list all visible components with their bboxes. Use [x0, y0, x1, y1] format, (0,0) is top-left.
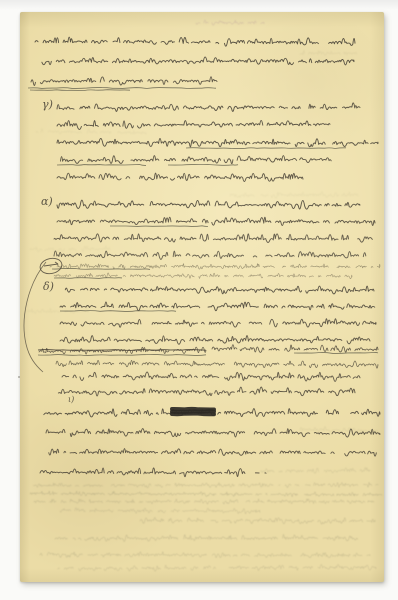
- handwriting-line: [65, 286, 374, 294]
- underline-stroke: [54, 278, 122, 279]
- handwriting-line: [30, 246, 110, 252]
- paragraph-marker: ι): [68, 395, 74, 404]
- pen-layer: γ)α)δ)ι): [0, 0, 398, 600]
- handwriting-line: [58, 387, 355, 396]
- handwriting-line: [30, 491, 382, 496]
- bleed-through-ghost-writing: [28, 20, 384, 571]
- handwriting-line: [140, 518, 375, 525]
- handwriting-line: [60, 302, 380, 311]
- handwriting-line: [212, 345, 378, 353]
- handwriting-line: [60, 319, 376, 328]
- paragraph-marker: α): [41, 195, 53, 208]
- handwriting-line: [57, 217, 375, 225]
- margin-ink-dot: [18, 376, 20, 378]
- underline-stroke: [60, 311, 176, 312]
- handwriting-line: [60, 508, 260, 514]
- underline-stroke: [28, 88, 216, 89]
- handwriting-line: [50, 264, 380, 269]
- circled-insertion-mark: [39, 256, 64, 275]
- paragraph-marker: δ): [43, 280, 54, 293]
- handwriting-line: [56, 360, 378, 368]
- handwriting-line: [261, 468, 370, 474]
- handwriting-line: [57, 120, 330, 129]
- underline-stroke: [186, 148, 346, 149]
- handwriting-line: [300, 50, 360, 55]
- handwriting-line: [57, 173, 303, 181]
- underline-stroke: [110, 226, 208, 227]
- handwriting-line: [54, 251, 379, 259]
- handwriting-line: [54, 273, 352, 279]
- insertion-arrow-mark: [44, 262, 58, 266]
- handwriting-line: [31, 77, 217, 86]
- blacked-out-word: [172, 414, 214, 415]
- underline-stroke: [30, 90, 130, 91]
- handwriting-line: [57, 200, 360, 209]
- handwriting-line: [61, 156, 341, 164]
- handwriting-line: [58, 565, 376, 572]
- handwriting-line: [34, 499, 374, 504]
- underline-stroke: [168, 165, 238, 166]
- underline-stroke: [57, 165, 146, 166]
- handwriting-line: [196, 20, 268, 25]
- handwriting-line: [57, 138, 378, 146]
- underline-stroke: [294, 352, 378, 353]
- handwriting-line: [40, 468, 266, 477]
- handwriting-line: [60, 336, 370, 345]
- underline-stroke: [52, 269, 150, 270]
- handwriting-line: [49, 449, 382, 457]
- handwriting-line: [46, 429, 380, 437]
- paragraph-marker: γ): [42, 98, 53, 111]
- handwriting-line: [40, 552, 370, 558]
- handwriting-line: [42, 57, 354, 65]
- scanned-document-backdrop: γ)α)δ)ι): [0, 0, 398, 600]
- underline-stroke: [38, 354, 206, 355]
- handwriting-line: [36, 129, 146, 134]
- handwriting-line: [35, 37, 355, 46]
- handwriting-line: [34, 482, 385, 487]
- handwriting-line: [55, 535, 361, 542]
- handwriting-line: [57, 103, 360, 112]
- handwriting-line: [62, 372, 360, 381]
- handwriting-line: [54, 234, 378, 243]
- handwriting-line: [230, 192, 358, 198]
